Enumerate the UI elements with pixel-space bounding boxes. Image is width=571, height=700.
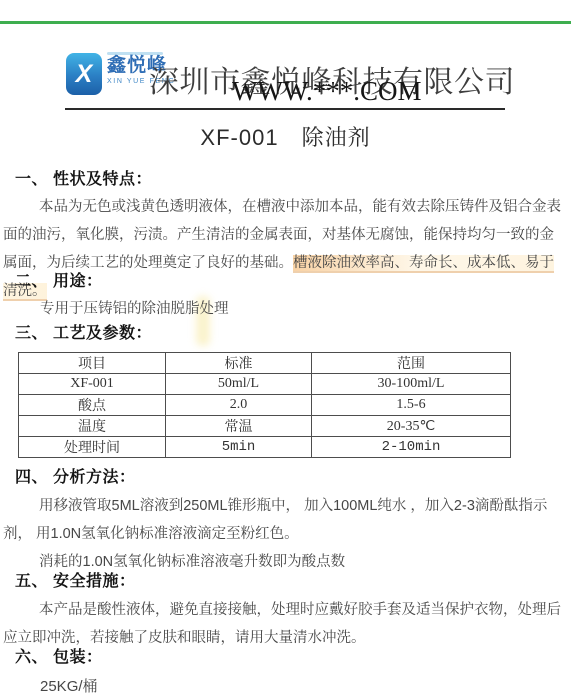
section-heading: 五、 安全措施： bbox=[15, 568, 571, 591]
column-header-item: 项目 bbox=[19, 353, 166, 374]
section-safety: 五、 安全措施： 本产品是酸性液体，避免直接接触，处理时应戴好胶手套及适当保护衣… bbox=[0, 568, 571, 652]
section-heading: 三、 工艺及参数： bbox=[15, 320, 571, 343]
analysis-step-1: 用移液管取5ML溶液到250ML锥形瓶中， 加入100ML纯水 ，加入2-3滴酚… bbox=[3, 492, 568, 548]
table-row: 酸点 2.0 1.5-6 bbox=[19, 395, 511, 416]
cell-standard-acid: 2.0 bbox=[166, 395, 312, 416]
section-parameters: 三、 工艺及参数： 项目 标准 范围 XF-001 50ml/L 30-100m… bbox=[0, 320, 571, 458]
cell-product: XF-001 bbox=[19, 374, 166, 395]
product-title: XF-001 除油剂 bbox=[0, 121, 571, 152]
table-header-row: 项目 标准 范围 bbox=[19, 353, 511, 374]
packaging-text: 25KG/桶 bbox=[40, 675, 571, 696]
table-row: XF-001 50ml/L 30-100ml/L bbox=[19, 374, 511, 395]
column-header-range: 范围 bbox=[312, 353, 511, 374]
cell-range-acid: 1.5-6 bbox=[312, 395, 511, 416]
section-heading: 二、 用途： bbox=[15, 268, 571, 291]
top-green-divider bbox=[0, 21, 571, 24]
cell-range-temp: 20-35℃ bbox=[312, 416, 511, 437]
cell-range-dosage: 30-100ml/L bbox=[312, 374, 511, 395]
cell-process-time: 处理时间 bbox=[19, 437, 166, 458]
section-heading: 一、 性状及特点： bbox=[15, 166, 571, 189]
section-analysis-method: 四、 分析方法： 用移液管取5ML溶液到250ML锥形瓶中， 加入100ML纯水… bbox=[0, 464, 571, 576]
section-packaging: 六、 包装： 25KG/桶 bbox=[0, 644, 571, 696]
cell-standard-time: 5min bbox=[166, 437, 312, 458]
usage-text: 专用于压铸铝的除油脱脂处理 bbox=[40, 297, 571, 318]
table-row: 处理时间 5min 2-10min bbox=[19, 437, 511, 458]
cell-acid-point: 酸点 bbox=[19, 395, 166, 416]
cell-standard-temp: 常温 bbox=[166, 416, 312, 437]
column-header-standard: 标准 bbox=[166, 353, 312, 374]
cell-range-time: 2-10min bbox=[312, 437, 511, 458]
section-heading: 六、 包装： bbox=[15, 644, 571, 667]
section-usage: 二、 用途： 专用于压铸铝的除油脱脂处理 bbox=[0, 268, 571, 318]
cell-standard-dosage: 50ml/L bbox=[166, 374, 312, 395]
section-heading: 四、 分析方法： bbox=[15, 464, 571, 487]
table-row: 温度 常温 20-35℃ bbox=[19, 416, 511, 437]
header-divider bbox=[65, 108, 505, 110]
watermark-text: WWW.***.COM bbox=[232, 76, 422, 107]
logo-x-icon: X bbox=[66, 53, 102, 95]
parameters-table: 项目 标准 范围 XF-001 50ml/L 30-100ml/L 酸点 2.0… bbox=[18, 352, 511, 458]
cell-temperature: 温度 bbox=[19, 416, 166, 437]
document-page: X 鑫悦峰 XIN YUE FENG 深圳市鑫悦峰科技有限公司 WWW.***.… bbox=[0, 0, 571, 700]
